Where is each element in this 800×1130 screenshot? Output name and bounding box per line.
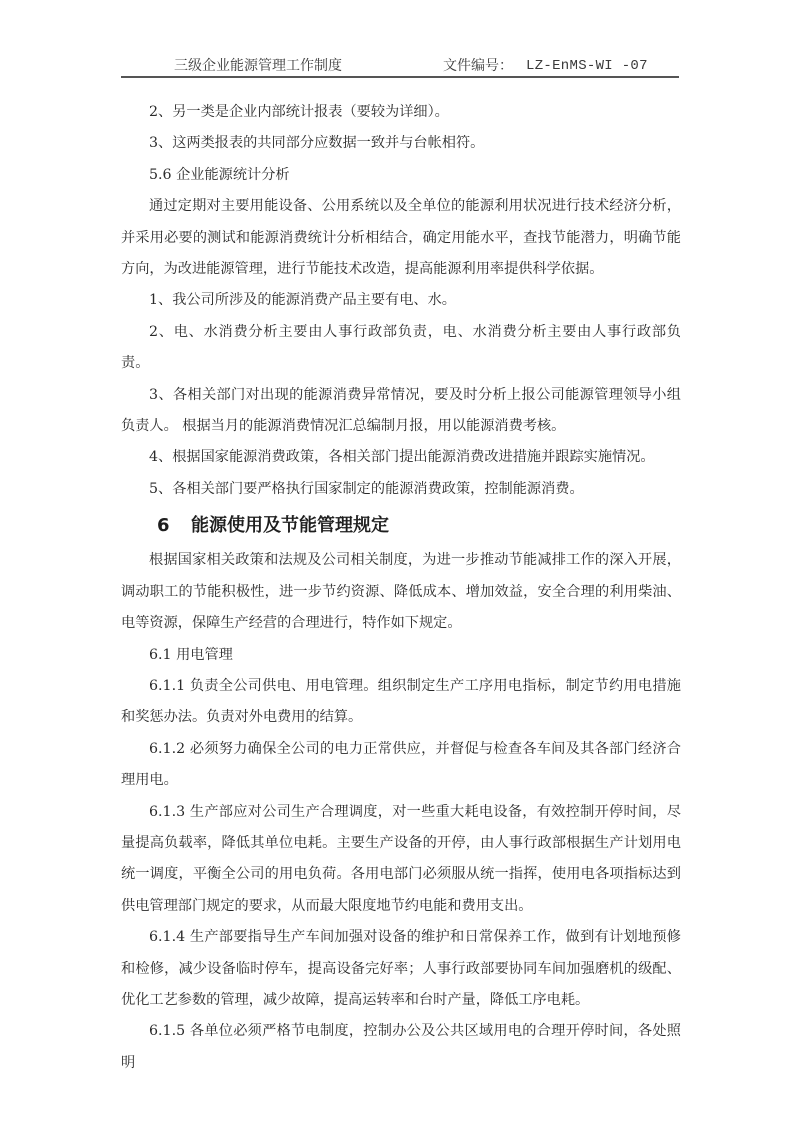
chapter-heading-6: 6能源使用及节能管理规定 <box>121 511 681 541</box>
clause-6-1-3: 6.1.3 生产部应对公司生产合理调度，对一些重大耗电设备，有效控制开停时间，尽… <box>121 797 681 923</box>
list-item: 5、各相关部门要严格执行国家制定的能源消费政策，控制能源消费。 <box>121 474 681 505</box>
chapter-title: 能源使用及节能管理规定 <box>191 515 389 536</box>
section-heading-5-6: 5.6 企业能源统计分析 <box>121 160 681 191</box>
clause-6-1-4: 6.1.4 生产部要指导生产车间加强对设备的维护和日常保养工作，做到有计划地预修… <box>121 922 681 1016</box>
list-item: 3、各相关部门对出现的能源消费异常情况，要及时分析上报公司能源管理领导小组负责人… <box>121 380 681 443</box>
list-item: 2、电、水消费分析主要由人事行政部负责，电、水消费分析主要由人事行政部负责。 <box>121 317 681 380</box>
document-number: LZ-EnMS-WI -07 <box>526 56 648 76</box>
document-body: 2、另一类是企业内部统计报表（要较为详细）。 3、这两类报表的共同部分应数据一致… <box>121 97 681 1079</box>
paragraph: 3、这两类报表的共同部分应数据一致并与台帐相符。 <box>121 128 681 159</box>
document-title: 三级企业能源管理工作制度 <box>174 56 342 76</box>
clause-6-1-5: 6.1.5 各单位必须严格节电制度，控制办公及公共区域用电的合理开停时间，各处照… <box>121 1016 681 1079</box>
page-header: 三级企业能源管理工作制度 文件编号： LZ-EnMS-WI -07 <box>121 56 679 76</box>
list-item: 4、根据国家能源消费政策，各相关部门提出能源消费改进措施并跟踪实施情况。 <box>121 442 681 473</box>
chapter-number: 6 <box>157 511 191 541</box>
list-item: 1、我公司所涉及的能源消费产品主要有电、水。 <box>121 285 681 316</box>
section-heading-6-1: 6.1 用电管理 <box>121 640 681 671</box>
header-divider <box>121 76 679 78</box>
clause-6-1-2: 6.1.2 必须努力确保全公司的电力正常供应，并督促与检查各车间及其各部门经济合… <box>121 734 681 797</box>
paragraph: 通过定期对主要用能设备、公用系统以及全单位的能源利用状况进行技术经济分析，并采用… <box>121 191 681 285</box>
clause-6-1-1: 6.1.1 负责全公司供电、用电管理。组织制定生产工序用电指标，制定节约用电措施… <box>121 671 681 734</box>
paragraph: 根据国家相关政策和法规及公司相关制度，为进一步推动节能减排工作的深入开展，调动职… <box>121 545 681 639</box>
document-number-label: 文件编号： <box>443 56 513 76</box>
paragraph: 2、另一类是企业内部统计报表（要较为详细）。 <box>121 97 681 128</box>
